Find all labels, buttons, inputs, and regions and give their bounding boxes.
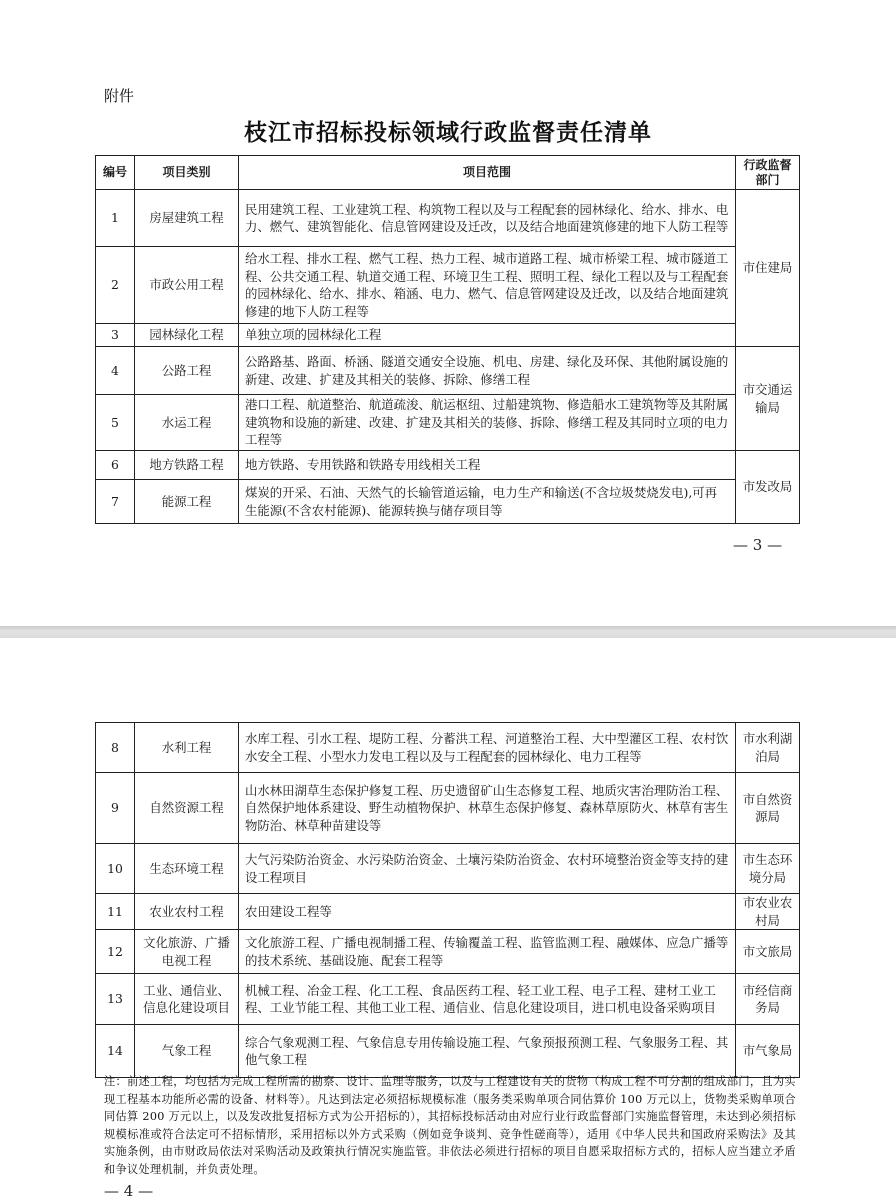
header-department: 行政监督部门 bbox=[736, 156, 800, 190]
row-scope: 机械工程、冶金工程、化工工程、食品医药工程、轻工业工程、电子工程、建材工业工程、… bbox=[239, 974, 736, 1025]
table-row: 14 气象工程 综合气象观测工程、气象信息专用传输设施工程、气象预报预测工程、气… bbox=[96, 1025, 800, 1078]
row-department: 市经信商务局 bbox=[736, 974, 800, 1025]
page-number: — 4 — bbox=[104, 1182, 153, 1200]
row-scope: 文化旅游工程、广播电视制播工程、传输覆盖工程、监管监测工程、融媒体、应急广播等的… bbox=[239, 930, 736, 974]
row-scope: 煤炭的开采、石油、天然气的长输管道运输，电力生产和输送(不含垃圾焚烧发电),可再… bbox=[239, 480, 736, 524]
row-number: 4 bbox=[96, 347, 135, 395]
row-number: 3 bbox=[96, 324, 135, 347]
header-category: 项目类别 bbox=[135, 156, 239, 190]
row-department: 市发改局 bbox=[736, 451, 800, 524]
row-scope: 港口工程、航道整治、航道疏浚、航运枢纽、过船建筑物、修造船水工建筑物等及其附属建… bbox=[239, 395, 736, 451]
table-row: 3 园林绿化工程 单独立项的园林绿化工程 bbox=[96, 324, 800, 347]
row-scope: 单独立项的园林绿化工程 bbox=[239, 324, 736, 347]
table-row: 6 地方铁路工程 地方铁路、专用铁路和铁路专用线相关工程 市发改局 bbox=[96, 451, 800, 480]
footnote: 注：前述工程，均包括为完成工程所需的勘察、设计、监理等服务，以及与工程建设有关的… bbox=[104, 1073, 796, 1179]
row-number: 9 bbox=[96, 773, 135, 844]
header-scope: 项目范围 bbox=[239, 156, 736, 190]
row-number: 5 bbox=[96, 395, 135, 451]
row-category: 水运工程 bbox=[135, 395, 239, 451]
row-scope: 给水工程、排水工程、燃气工程、热力工程、城市道路工程、城市桥梁工程、城市隧道工程… bbox=[239, 247, 736, 324]
row-category: 市政公用工程 bbox=[135, 247, 239, 324]
row-scope: 大气污染防治资金、水污染防治资金、土壤污染防治资金、农村环境整治资金等支持的建设… bbox=[239, 844, 736, 894]
row-category: 园林绿化工程 bbox=[135, 324, 239, 347]
row-department: 市农业农村局 bbox=[736, 894, 800, 930]
row-category: 能源工程 bbox=[135, 480, 239, 524]
row-category: 公路工程 bbox=[135, 347, 239, 395]
table-row: 9 自然资源工程 山水林田湖草生态保护修复工程、历史遗留矿山生态修复工程、地质灾… bbox=[96, 773, 800, 844]
table-row: 11 农业农村工程 农田建设工程等 市农业农村局 bbox=[96, 894, 800, 930]
document-page-3: 附件 枝江市招标投标领域行政监督责任清单 编号 项目类别 项目范围 行政监督部门… bbox=[0, 0, 896, 626]
row-category: 气象工程 bbox=[135, 1025, 239, 1078]
row-number: 13 bbox=[96, 974, 135, 1025]
responsibility-table-part1: 编号 项目类别 项目范围 行政监督部门 1 房屋建筑工程 民用建筑工程、工业建筑… bbox=[95, 155, 800, 524]
row-category: 工业、通信业、信息化建设项目 bbox=[135, 974, 239, 1025]
table-row: 10 生态环境工程 大气污染防治资金、水污染防治资金、土壤污染防治资金、农村环境… bbox=[96, 844, 800, 894]
page-number: — 3 — bbox=[733, 536, 782, 554]
row-category: 文化旅游、广播电视工程 bbox=[135, 930, 239, 974]
row-category: 自然资源工程 bbox=[135, 773, 239, 844]
document-title: 枝江市招标投标领域行政监督责任清单 bbox=[0, 114, 896, 147]
row-scope: 农田建设工程等 bbox=[239, 894, 736, 930]
responsibility-table-part2: 8 水利工程 水库工程、引水工程、堤防工程、分蓄洪工程、河道整治工程、大中型灌区… bbox=[95, 722, 800, 1078]
table-header-row: 编号 项目类别 项目范围 行政监督部门 bbox=[96, 156, 800, 190]
row-number: 6 bbox=[96, 451, 135, 480]
row-number: 8 bbox=[96, 723, 135, 773]
row-category: 水利工程 bbox=[135, 723, 239, 773]
table-row: 5 水运工程 港口工程、航道整治、航道疏浚、航运枢纽、过船建筑物、修造船水工建筑… bbox=[96, 395, 800, 451]
row-number: 2 bbox=[96, 247, 135, 324]
row-category: 农业农村工程 bbox=[135, 894, 239, 930]
row-department: 市气象局 bbox=[736, 1025, 800, 1078]
row-scope: 民用建筑工程、工业建筑工程、构筑物工程以及与工程配套的园林绿化、给水、排水、电力… bbox=[239, 190, 736, 247]
table-row: 4 公路工程 公路路基、路面、桥涵、隧道交通安全设施、机电、房建、绿化及环保、其… bbox=[96, 347, 800, 395]
row-scope: 公路路基、路面、桥涵、隧道交通安全设施、机电、房建、绿化及环保、其他附属设施的新… bbox=[239, 347, 736, 395]
row-category: 地方铁路工程 bbox=[135, 451, 239, 480]
row-department: 市水利湖泊局 bbox=[736, 723, 800, 773]
row-number: 14 bbox=[96, 1025, 135, 1078]
row-department: 市交通运输局 bbox=[736, 347, 800, 451]
row-number: 10 bbox=[96, 844, 135, 894]
table-row: 13 工业、通信业、信息化建设项目 机械工程、冶金工程、化工工程、食品医药工程、… bbox=[96, 974, 800, 1025]
row-category: 房屋建筑工程 bbox=[135, 190, 239, 247]
attachment-label: 附件 bbox=[104, 85, 134, 106]
row-number: 11 bbox=[96, 894, 135, 930]
row-number: 12 bbox=[96, 930, 135, 974]
row-department: 市自然资源局 bbox=[736, 773, 800, 844]
row-category: 生态环境工程 bbox=[135, 844, 239, 894]
row-department: 市生态环境分局 bbox=[736, 844, 800, 894]
row-number: 1 bbox=[96, 190, 135, 247]
table-row: 7 能源工程 煤炭的开采、石油、天然气的长输管道运输，电力生产和输送(不含垃圾焚… bbox=[96, 480, 800, 524]
table-row: 1 房屋建筑工程 民用建筑工程、工业建筑工程、构筑物工程以及与工程配套的园林绿化… bbox=[96, 190, 800, 247]
row-number: 7 bbox=[96, 480, 135, 524]
row-department: 市文旅局 bbox=[736, 930, 800, 974]
table-row: 8 水利工程 水库工程、引水工程、堤防工程、分蓄洪工程、河道整治工程、大中型灌区… bbox=[96, 723, 800, 773]
page-separator bbox=[0, 626, 896, 638]
row-scope: 地方铁路、专用铁路和铁路专用线相关工程 bbox=[239, 451, 736, 480]
table-row: 2 市政公用工程 给水工程、排水工程、燃气工程、热力工程、城市道路工程、城市桥梁… bbox=[96, 247, 800, 324]
table-row: 12 文化旅游、广播电视工程 文化旅游工程、广播电视制播工程、传输覆盖工程、监管… bbox=[96, 930, 800, 974]
header-number: 编号 bbox=[96, 156, 135, 190]
row-department: 市住建局 bbox=[736, 190, 800, 347]
row-scope: 综合气象观测工程、气象信息专用传输设施工程、气象预报预测工程、气象服务工程、其他… bbox=[239, 1025, 736, 1078]
row-scope: 水库工程、引水工程、堤防工程、分蓄洪工程、河道整治工程、大中型灌区工程、农村饮水… bbox=[239, 723, 736, 773]
row-scope: 山水林田湖草生态保护修复工程、历史遗留矿山生态修复工程、地质灾害治理防治工程、自… bbox=[239, 773, 736, 844]
